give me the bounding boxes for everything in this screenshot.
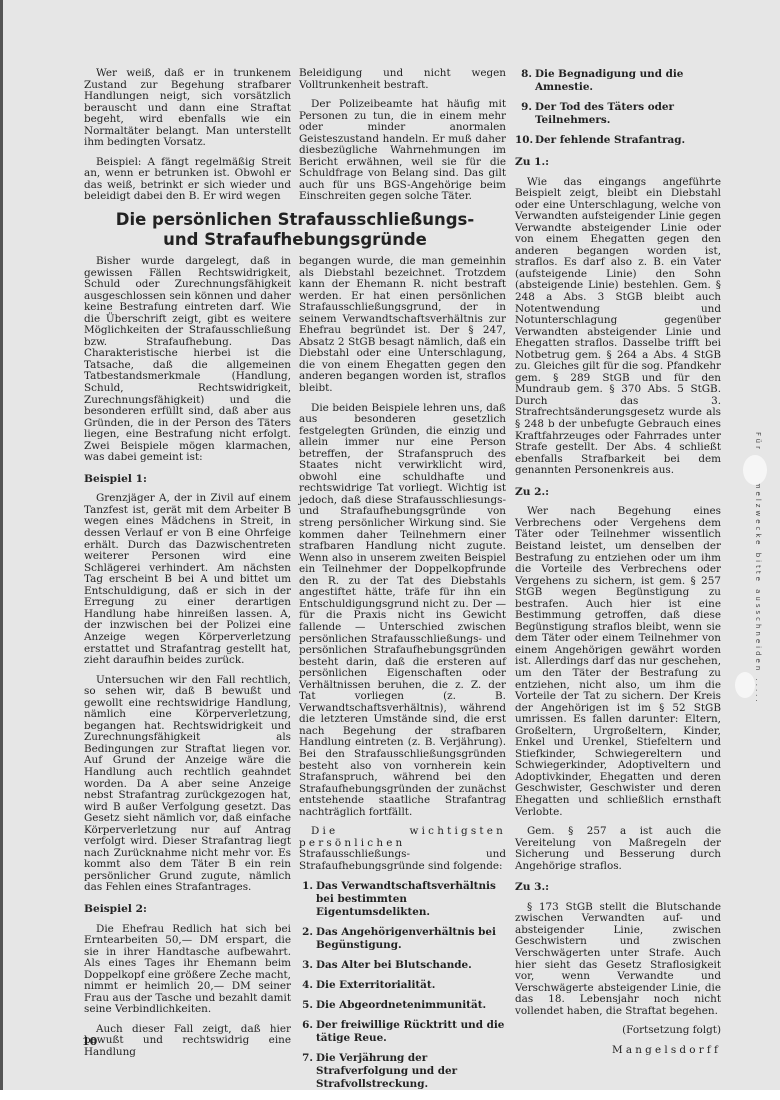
paragraph: Die beiden Beispiele lehren uns, daß aus…: [299, 403, 506, 819]
list-item: 8.Die Begnadigung und die Amnestie.: [515, 68, 721, 94]
article-column-middle: begangen wurde, die man gemeinhin als Di…: [299, 256, 506, 1098]
reasons-list-continued: 8.Die Begnadigung und die Amnestie. 9.De…: [515, 68, 721, 147]
paragraph: Untersuchen wir den Fall rechtlich, so s…: [84, 675, 291, 894]
reasons-list: 1.Das Verwandtschaftsverhältnis bei best…: [299, 880, 506, 1091]
list-item: 2.Das Angehörigenverhältnis bei Begünsti…: [299, 926, 506, 952]
page-number: 10: [82, 1035, 97, 1048]
paragraph: Wer weiß, daß er in trunkenem Zustand zu…: [84, 68, 291, 149]
article-title: Die persönlichen Strafausschließungs- un…: [84, 210, 506, 250]
paragraph: Die Ehefrau Redlich hat sich bei Erntear…: [84, 924, 291, 1016]
paragraph: Grenzjäger A, der in Zivil auf einem Tan…: [84, 493, 291, 666]
scan-speck: [743, 455, 767, 485]
article-title-line-1: Die persönlichen Strafausschließungs-: [84, 210, 506, 230]
continuation-note: (Fortsetzung folgt): [515, 1025, 721, 1037]
list-item: 4.Die Exterritorialität.: [299, 979, 506, 992]
list-item: 10.Der fehlende Strafantrag.: [515, 134, 721, 147]
paragraph: Beleidigung und nicht wegen Volltrunkenh…: [299, 68, 506, 91]
paragraph: Wie das eingangs angeführte Beispielt ze…: [515, 177, 721, 477]
paragraph: Gem. § 257 a ist auch die Vereitelung vo…: [515, 826, 721, 872]
paragraph: Beispiel: A fängt regelmäßig Streit an, …: [84, 157, 291, 203]
section-heading-zu1: Zu 1.:: [515, 157, 721, 169]
scan-speck: [735, 672, 755, 698]
paragraph: Wer nach Begehung eines Verbrechens oder…: [515, 506, 721, 818]
list-item: 5.Die Abgeordnetenimmunität.: [299, 999, 506, 1012]
magazine-page: Wer weiß, daß er in trunkenem Zustand zu…: [0, 0, 780, 1090]
article-column-left: Bisher wurde dargelegt, daß in gewissen …: [84, 256, 291, 1067]
list-item: 6.Der freiwillige Rücktritt und die täti…: [299, 1019, 506, 1045]
top-column-left: Wer weiß, daß er in trunkenem Zustand zu…: [84, 68, 291, 211]
list-item: 7.Die Verjährung der Strafverfolgung und…: [299, 1052, 506, 1091]
paragraph: begangen wurde, die man gemeinhin als Di…: [299, 256, 506, 395]
paragraph: Auch dieser Fall zeigt, daß hier bewußt …: [84, 1024, 291, 1059]
right-column: 8.Die Begnadigung und die Amnestie. 9.De…: [515, 68, 721, 1064]
paragraph: Die wichtigsten persönlichen Strafaussch…: [299, 826, 506, 872]
example-1-heading: Beispiel 1:: [84, 474, 291, 486]
paragraph: Bisher wurde dargelegt, daß in gewissen …: [84, 256, 291, 464]
list-item: 9.Der Tod des Täters oder Teilnehmers.: [515, 101, 721, 127]
list-item: 3.Das Alter bei Blutschande.: [299, 959, 506, 972]
top-column-middle: Beleidigung und nicht wegen Volltrunkenh…: [299, 68, 506, 211]
section-heading-zu2: Zu 2.:: [515, 487, 721, 499]
article-title-line-2: und Strafaufhebungsgründe: [84, 230, 506, 250]
paragraph: § 173 StGB stellt die Blutschande zwisch…: [515, 902, 721, 1017]
section-heading-zu3: Zu 3.:: [515, 882, 721, 894]
list-item: 1.Das Verwandtschaftsverhältnis bei best…: [299, 880, 506, 919]
paragraph: Der Polizeibeamte hat häufig mit Persone…: [299, 99, 506, 203]
example-2-heading: Beispiel 2:: [84, 904, 291, 916]
author-name: Mangelsdorff: [515, 1045, 721, 1057]
